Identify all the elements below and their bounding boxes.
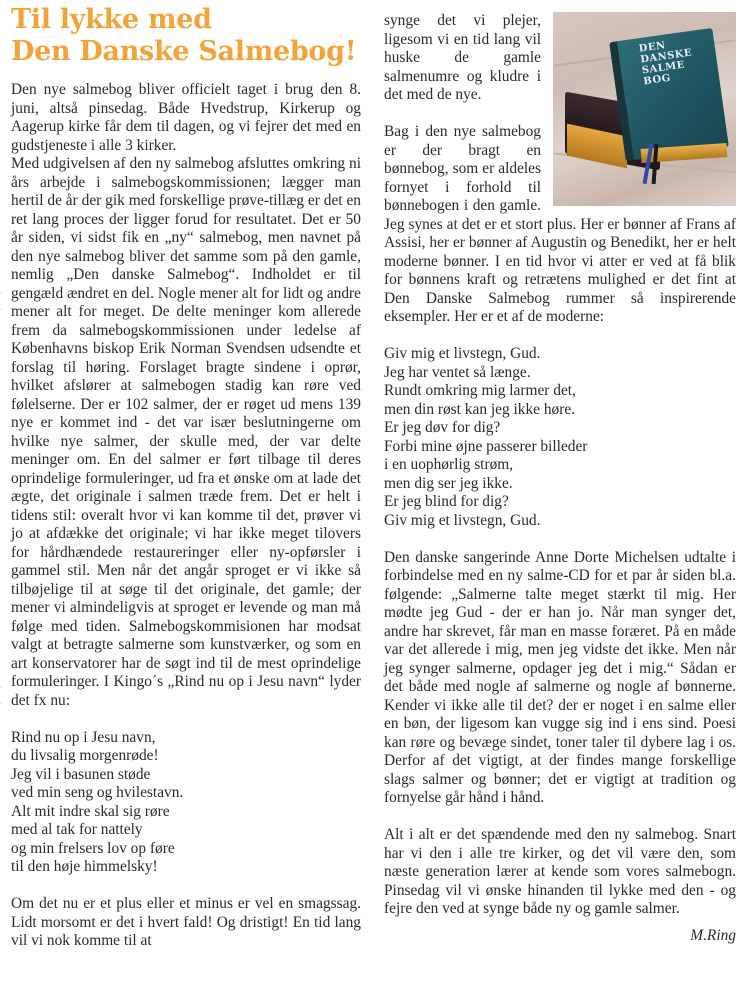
left-column: Til lykke med Den Danske Salmebog! Den n… bbox=[11, 0, 361, 951]
prayer-verse: Giv mig et livstegn, Gud. Jeg har ventet… bbox=[384, 345, 736, 530]
newsletter-page: Til lykke med Den Danske Salmebog! Den n… bbox=[0, 0, 750, 995]
title-line-2: Den Danske Salmebog! bbox=[11, 36, 361, 68]
hymn-line: Rind nu op i Jesu navn, bbox=[11, 729, 361, 748]
right-column: DEN DANSKE SALME BOG synge det vi plejer… bbox=[384, 0, 736, 945]
article-title: Til lykke med Den Danske Salmebog! bbox=[11, 4, 361, 68]
spacer bbox=[384, 327, 736, 346]
hymn-line: Jeg vil i basunen støde bbox=[11, 766, 361, 785]
book-cover-text: DEN DANSKE SALME BOG bbox=[638, 37, 696, 88]
spacer bbox=[384, 808, 736, 827]
hymnbook-photo: DEN DANSKE SALME BOG bbox=[553, 12, 736, 206]
spacer bbox=[384, 530, 736, 549]
prayer-line: Giv mig et livstegn, Gud. bbox=[384, 512, 736, 531]
prayer-line: men din røst kan jeg ikke høre. bbox=[384, 401, 736, 420]
hymn-verse: Rind nu op i Jesu navn, du livsalig morg… bbox=[11, 729, 361, 877]
spacer bbox=[11, 877, 361, 896]
punch-hole-mark bbox=[0, 292, 10, 310]
prayer-line: Forbi mine øjne passerer billeder bbox=[384, 438, 736, 457]
prayer-line: Giv mig et livstegn, Gud. bbox=[384, 345, 736, 364]
spacer bbox=[11, 710, 361, 729]
prayer-line: Er jeg blind for dig? bbox=[384, 493, 736, 512]
prayer-line: Jeg har ventet så længe. bbox=[384, 364, 736, 383]
hymn-line: ved min seng og hvilestavn. bbox=[11, 784, 361, 803]
hymn-line: med al tak for nattely bbox=[11, 821, 361, 840]
hymn-line: Alt mit indre skal sig røre bbox=[11, 803, 361, 822]
body-paragraph: Om det nu er et plus eller et minus er v… bbox=[11, 895, 361, 951]
author-signature: M.Ring bbox=[384, 927, 736, 946]
prayer-line: men dig ser jeg ikke. bbox=[384, 475, 736, 494]
hymn-line: til den høje himmelsky! bbox=[11, 858, 361, 877]
prayer-line: i en uophørlig strøm, bbox=[384, 456, 736, 475]
hymn-line: og min frelsers lov op føre bbox=[11, 840, 361, 859]
prayer-line: Er jeg døv for dig? bbox=[384, 419, 736, 438]
hymn-line: du livsalig morgenrøde! bbox=[11, 747, 361, 766]
punch-hole-mark bbox=[0, 686, 10, 704]
prayer-line: Rundt omkring mig larmer det, bbox=[384, 382, 736, 401]
title-line-1: Til lykke med bbox=[11, 4, 361, 36]
body-paragraph: Med udgivelsen af den ny salmebog afslut… bbox=[11, 155, 361, 710]
closing-paragraph: Alt i alt er det spændende med den ny sa… bbox=[384, 826, 736, 919]
intro-paragraph: Den nye salmebog bliver officielt taget … bbox=[11, 81, 361, 155]
body-paragraph: Den danske sangerinde Anne Dorte Michels… bbox=[384, 549, 736, 808]
